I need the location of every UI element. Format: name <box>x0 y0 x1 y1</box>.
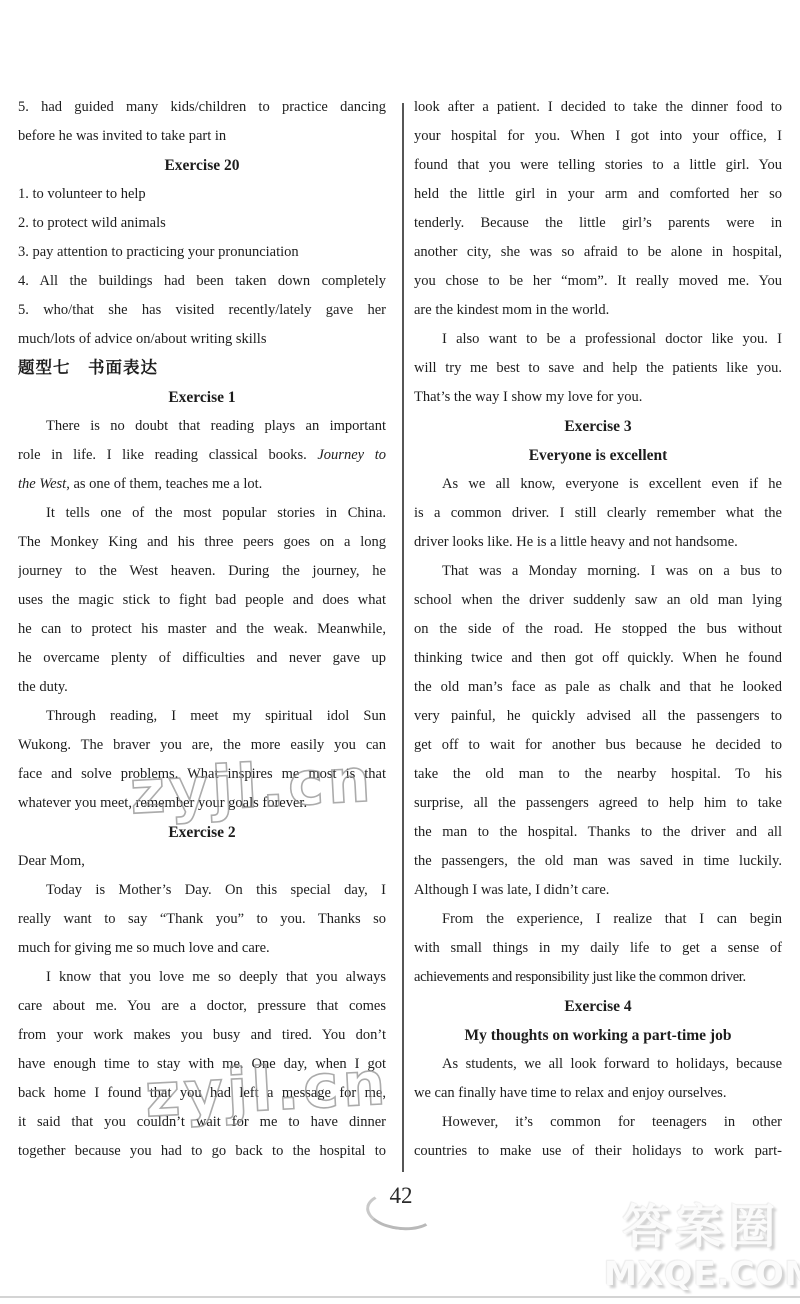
text-line: Dear Mom, <box>18 847 386 876</box>
page-bottom-edge <box>0 1296 800 1298</box>
text-line: with small things in my daily life to ge… <box>414 934 782 963</box>
text-line: 2. to protect wild animals <box>18 209 386 238</box>
page-number: 42 <box>381 1183 421 1209</box>
text-line: whatever you meet, remember your goals f… <box>18 789 386 818</box>
column-divider <box>402 103 404 1172</box>
text-line: 5. had guided many kids/children to prac… <box>18 93 386 122</box>
text-line: you chose to be her “mom”. It really mov… <box>414 267 782 296</box>
text-line: the West, as one of them, teaches me a l… <box>18 470 386 499</box>
text-line: much/lots of advice on/about writing ski… <box>18 325 386 354</box>
text-line: another city, she was so afraid to be al… <box>414 238 782 267</box>
text-line: get off to wait for another bus because … <box>414 731 782 760</box>
answer-site-logo: 答案圈 MXQE.COM <box>604 1204 800 1290</box>
exercise-heading: Exercise 3 <box>414 412 782 441</box>
exercise-heading: Exercise 1 <box>18 383 386 412</box>
text-line: journey to the West heaven. During the j… <box>18 557 386 586</box>
text-line: held the little girl in your arm and com… <box>414 180 782 209</box>
text-line: together because you had to go back to t… <box>18 1137 386 1166</box>
text-line: As we all know, everyone is excellent ev… <box>414 470 782 499</box>
text-line: tenderly. Because the little girl’s pare… <box>414 209 782 238</box>
exercise-heading: My thoughts on working a part-time job <box>414 1021 782 1050</box>
exercise-heading: Exercise 2 <box>18 818 386 847</box>
answer-site-logo-chinese: 答案圈 <box>604 1204 800 1251</box>
exercise-heading: Exercise 4 <box>414 992 782 1021</box>
text-line: 4. All the buildings had been taken down… <box>18 267 386 296</box>
section-heading: 题型七 书面表达 <box>18 354 386 383</box>
text-line: surprise, all the passengers agreed to h… <box>414 789 782 818</box>
text-line: the man to the hospital. Thanks to the d… <box>414 818 782 847</box>
text-line: have enough time to stay with me. One da… <box>18 1050 386 1079</box>
text-line: That was a Monday morning. I was on a bu… <box>414 557 782 586</box>
text-line: take the old man to the nearby hospital.… <box>414 760 782 789</box>
text-line: Although I was late, I didn’t care. <box>414 876 782 905</box>
text-line: is a common driver. I still clearly reme… <box>414 499 782 528</box>
text-line: before he was invited to take part in <box>18 122 386 151</box>
text-line: 5. who/that she has visited recently/lat… <box>18 296 386 325</box>
text-line: role in life. I like reading classical b… <box>18 441 386 470</box>
text-line: There is no doubt that reading plays an … <box>18 412 386 441</box>
text-line: from your work makes you busy and tired.… <box>18 1021 386 1050</box>
text-line: As students, we all look forward to holi… <box>414 1050 782 1079</box>
text-line: look after a patient. I decided to take … <box>414 93 782 122</box>
text-line: Through reading, I meet my spiritual ido… <box>18 702 386 731</box>
text-line: the old man’s face as pale as chalk and … <box>414 673 782 702</box>
text-line: Today is Mother’s Day. On this special d… <box>18 876 386 905</box>
text-line: care about me. You are a doctor, pressur… <box>18 992 386 1021</box>
text-line: face and solve problems. What inspires m… <box>18 760 386 789</box>
text-line: 1. to volunteer to help <box>18 180 386 209</box>
text-line: uses the magic stick to fight bad people… <box>18 586 386 615</box>
text-line: back home I found that you had left a me… <box>18 1079 386 1108</box>
text-line: found that you were telling stories to a… <box>414 151 782 180</box>
exercise-heading: Everyone is excellent <box>414 441 782 470</box>
text-line: the passengers, the old man was saved in… <box>414 847 782 876</box>
text-line: are the kindest mom in the world. <box>414 296 782 325</box>
text-line: I also want to be a professional doctor … <box>414 325 782 354</box>
text-line: your hospital for you. When I got into y… <box>414 122 782 151</box>
text-line: the duty. <box>18 673 386 702</box>
text-line: very painful, he quickly advised all the… <box>414 702 782 731</box>
text-line: The Monkey King and his three peers goes… <box>18 528 386 557</box>
exercise-heading: Exercise 20 <box>18 151 386 180</box>
text-line: That’s the way I show my love for you. <box>414 383 782 412</box>
text-line: From the experience, I realize that I ca… <box>414 905 782 934</box>
text-line: will try me best to save and help the pa… <box>414 354 782 383</box>
right-column: look after a patient. I decided to take … <box>414 93 782 1166</box>
text-line: we can finally have time to relax and en… <box>414 1079 782 1108</box>
text-line: on the side of the road. He stopped the … <box>414 615 782 644</box>
text-line: countries to make use of their holidays … <box>414 1137 782 1166</box>
text-line: thinking twice and then got off quickly.… <box>414 644 782 673</box>
text-line: It tells one of the most popular stories… <box>18 499 386 528</box>
text-line: Wukong. The braver you are, the more eas… <box>18 731 386 760</box>
text-line: I know that you love me so deeply that y… <box>18 963 386 992</box>
text-line: achievements and responsibility just lik… <box>414 963 782 992</box>
answer-site-logo-url: MXQE.COM <box>604 1257 800 1290</box>
text-line: 3. pay attention to practicing your pron… <box>18 238 386 267</box>
text-line: he can to protect his master and the wea… <box>18 615 386 644</box>
left-column: 5. had guided many kids/children to prac… <box>18 93 386 1166</box>
text-line: he overcame plenty of difficulties and n… <box>18 644 386 673</box>
text-line: However, it’s common for teenagers in ot… <box>414 1108 782 1137</box>
text-line: it said that you couldn’t wait for me to… <box>18 1108 386 1137</box>
text-line: driver looks like. He is a little heavy … <box>414 528 782 557</box>
text-line: much for giving me so much love and care… <box>18 934 386 963</box>
text-line: really want to say “Thank you” to you. T… <box>18 905 386 934</box>
book-page: 5. had guided many kids/children to prac… <box>0 0 800 1304</box>
text-line: school when the driver suddenly saw an o… <box>414 586 782 615</box>
